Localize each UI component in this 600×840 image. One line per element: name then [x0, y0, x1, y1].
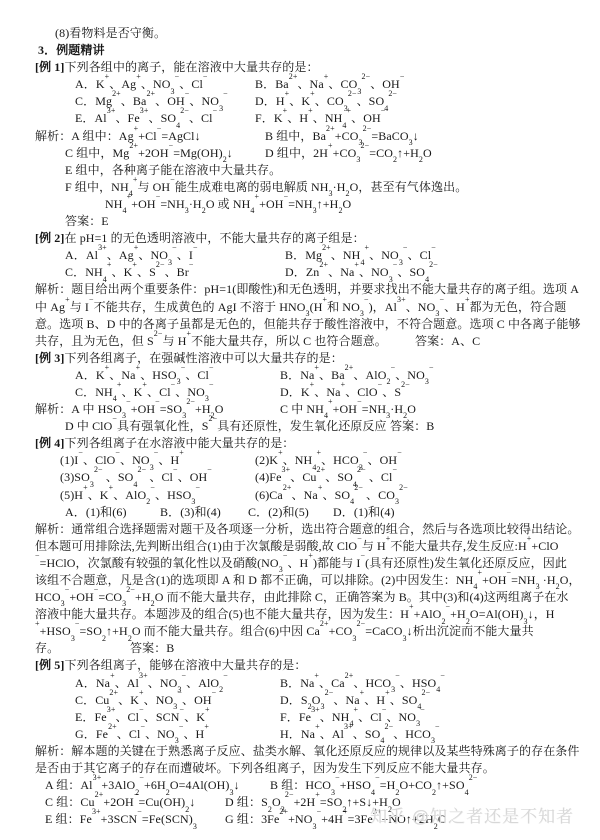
doc-line: [例 1]下列各组中的离子，能在溶液中大量共存的是：: [0, 59, 600, 76]
doc-line-part: 溶液中能大量共存。本题涉及的组合(5)也不能大量共存，因为发生：H++AlO2−…: [35, 606, 555, 623]
doc-line: [例 5]下列各组离子，能够在溶液中大量共存的是：: [0, 657, 600, 674]
doc-line: E 组中，各种离子能在溶液中大量共存。: [0, 162, 600, 179]
document-page: (8)看物料是否守衡。3．例题精讲[例 1]下列各组中的离子，能在溶液中大量共存…: [0, 0, 600, 840]
doc-line-part: NH4++OH−=NH3·H2O 或 NH4++OH−=NH3↑+H2O: [105, 196, 351, 213]
doc-line: E．Al3+、Fe3+、SO42−、Cl−F．K+、H+、NH4+、OH−: [0, 110, 600, 127]
doc-line-part: C．(2)和(5): [248, 504, 333, 521]
doc-line-part: ++HSO3−=SO2↑+H2O 而不能大量共存。组合(6)中因 Ca2++CO…: [35, 623, 534, 640]
doc-line: 共存，且为无色，但 S2−与 H+不能大量共存，所以 C 也符合题意。答案：A、…: [0, 333, 600, 350]
doc-line: ++HSO3−=SO2↑+H2O 而不能大量共存。组合(6)中因 Ca2++CO…: [0, 623, 600, 640]
doc-line-part: B 组：HCO3−+HSO4−=H2O+CO2↑+SO42−: [270, 777, 477, 794]
doc-line-part: B．Mg2+、NH4+、NO3−、Cl−: [285, 247, 436, 264]
doc-line: (3)SO32− 、SO42− 、Cl−、OH−(4)Fe3+、Cu2+、SO4…: [0, 469, 600, 486]
doc-line: A．Na+、Al3+、NO3−、AlO2−B．Na+、Ca2+、HCO3−、HS…: [0, 675, 600, 692]
doc-line-part: B．(3)和(4): [160, 504, 248, 521]
doc-line-part: C．Cu2+、K+、NO3−、OH−: [75, 692, 280, 709]
doc-line-part: 答案：E: [65, 213, 109, 230]
doc-line: 溶液中能大量共存。本题涉及的组合(5)也不能大量共存，因为发生：H++AlO2−…: [0, 606, 600, 623]
doc-line-part: H．Na+、Al3+、SO42−、HCO3−: [280, 726, 440, 743]
doc-line-part: D．(1)和(4): [333, 504, 395, 521]
doc-line: 3．例题精讲: [0, 42, 600, 59]
doc-line-part: (3)SO32− 、SO42− 、Cl−、OH−: [60, 469, 255, 486]
doc-line-part: E．Al3+、Fe3+、SO42−、Cl−: [75, 110, 255, 127]
doc-line: C．NH4+、K+、Cl−、NO3−D．K+、Na+、ClO−、S2−: [0, 384, 600, 401]
doc-line: HCO3−+OH−=CO32−+H2O 而不能大量共存，由此排除 C，正确答案为…: [0, 589, 600, 606]
doc-line-part: B．Na+、Ba2+、AlO2−、NO3−: [280, 367, 434, 384]
doc-line: [例 4]下列各组离子在水溶液中能大量共存的是：: [0, 435, 600, 452]
doc-line-part: G．Fe2+、Cl−、NO3−、H+: [75, 726, 280, 743]
doc-line: 答案：E: [0, 213, 600, 230]
doc-line: F 组中，NH4+与 OH−能生成难电离的弱电解质 NH3·H2O，甚至有气体逸…: [0, 179, 600, 196]
doc-line: A．Al3+、Ag+、NO3−、I−B．Mg2+、NH4+、NO3−、Cl−: [0, 247, 600, 264]
doc-line: (8)看物料是否守衡。: [0, 25, 600, 42]
doc-line-part: D．H+、K+、CO32−、SO42−: [255, 93, 397, 110]
doc-line-part: 中 Ag+与 I−不能共存，生成黄色的 AgI 不溶于 HNO3(H+和 NO3…: [35, 299, 566, 316]
doc-line-part: A．Al3+、Ag+、NO3−、I−: [65, 247, 285, 264]
doc-line-part: −=HClO，次氯酸有较强的氧化性以及硝酸(NO3−、H+)都能与 I−(具有还…: [35, 555, 567, 572]
doc-line-part: C．Mg2+、Ba2+、OH−、NO3−: [75, 93, 255, 110]
doc-line-part: 解析：A 组中：Ag++Cl−=AgCl↓: [35, 128, 265, 145]
doc-line-part: A 组：Al3++3AlO2−+6H2O=4Al(OH)3↓: [45, 777, 270, 794]
doc-line-part: 该组不合题意，凡是含(1)的选项即 A 和 D 都不正确，可以排除。(2)中因发…: [35, 572, 581, 589]
doc-line-part: D．K+、Na+、ClO−、S2−: [280, 384, 410, 401]
doc-line-part: B 组中，Ba2++CO32−=BaCO3↓: [265, 128, 419, 145]
watermark: 知乎 @知之者还是不知者: [370, 802, 574, 827]
doc-line-part: A．K+、Na+、HSO3−、Cl−: [75, 367, 280, 384]
document-body: (8)看物料是否守衡。3．例题精讲[例 1]下列各组中的离子，能在溶液中大量共存…: [0, 0, 600, 828]
doc-line: [例 2]在 pH=1 的无色透明溶液中，不能大量共存的离子组是：: [0, 230, 600, 247]
doc-line-part: C 中 NH4++OH−=NH3·H2O: [280, 401, 416, 418]
doc-line: C．Mg2+、Ba2+、OH−、NO3−D．H+、K+、CO32−、SO42−: [0, 93, 600, 110]
doc-line: A．(1)和(6)B．(3)和(4)C．(2)和(5)D．(1)和(4): [0, 504, 600, 521]
doc-line: 解析：通常组合选择题需对题干及各项逐一分析，选出符合题意的组合，然后与各选项比较…: [0, 521, 600, 538]
doc-line-part: 答案：A、C: [415, 333, 480, 350]
doc-line: [例 3]下列各组离子，在强碱性溶液中可以大量共存的是：: [0, 350, 600, 367]
doc-line: A 组：Al3++3AlO2−+6H2O=4Al(OH)3↓B 组：HCO3−+…: [0, 777, 600, 794]
doc-line-part: HCO3−+OH−=CO32−+H2O 而不能大量共存，由此排除 C，正确答案为…: [35, 589, 569, 606]
doc-line: G．Fe2+、Cl−、NO3−、H+H．Na+、Al3+、SO42−、HCO3−: [0, 726, 600, 743]
doc-line: 中 Ag+与 I−不能共存，生成黄色的 AgI 不溶于 HNO3(H+和 NO3…: [0, 299, 600, 316]
doc-line-part: D 中 ClO−具有强氧化性，S2−具有还原性，发生氧化还原反应: [65, 418, 390, 435]
doc-line: 是否由于其它离子的存在而遭破坏。下列各组离子，因为发生下列反应不能大量共存。: [0, 760, 600, 777]
doc-line: (1)I−、ClO−、NO3−、H+(2)K+、NH4+、HCO3−、OH−: [0, 452, 600, 469]
doc-line-part: (4)Fe3+、Cu2+、SO42− 、Cl−: [255, 469, 397, 486]
doc-line-part: (5)H+、K+、AlO2−、HSO3−: [60, 487, 255, 504]
doc-line-part: B．Ba2+、Na+、CO32−、OH−: [255, 76, 404, 93]
doc-line-part: C．NH4+、K+、S2−、Br−: [65, 264, 285, 281]
doc-line-part: 解析：解本题的关键在于熟悉离子反应、盐类水解、氧化还原反应的规律以及某些特殊离子…: [35, 743, 580, 760]
doc-line-part: [例 2]在 pH=1 的无色透明溶液中，不能大量共存的离子组是：: [35, 230, 365, 247]
doc-line: 解析：A 中 HSO3−+OH−=SO32−+H2OC 中 NH4++OH−=N…: [0, 401, 600, 418]
doc-line: 解析：A 组中：Ag++Cl−=AgCl↓B 组中，Ba2++CO32−=BaC…: [0, 128, 600, 145]
doc-line-part: (1)I−、ClO−、NO3−、H+: [60, 452, 255, 469]
doc-line-part: F 组中，NH4+与 OH−能生成难电离的弱电解质 NH3·H2O，甚至有气体逸…: [65, 179, 467, 196]
doc-line: C 组中，Mg2++2OH−=Mg(OH)2↓D 组中，2H++CO32−=CO…: [0, 145, 600, 162]
doc-line-part: C 组：Cu2++2OH−=Cu(OH)2↓: [45, 794, 225, 811]
doc-line-part: (2)K+、NH4+、HCO3−、OH−: [255, 452, 402, 469]
doc-line-part: A．K+、Ag+、NO3−、Cl−: [75, 76, 255, 93]
doc-line-part: A．(1)和(6): [65, 504, 160, 521]
doc-line-part: [例 3]下列各组离子，在强碱性溶液中可以大量共存的是：: [35, 350, 343, 367]
doc-line-part: (8)看物料是否守衡。: [55, 25, 166, 42]
doc-line: A．K+、Ag+、NO3−、Cl−B．Ba2+、Na+、CO32−、OH−: [0, 76, 600, 93]
doc-line-part: 解析：题目给出两个重要条件：pH=1(即酸性)和无色透明，并要求找出不能大量共存…: [35, 281, 579, 298]
doc-line: C．Cu2+、K+、NO3−、OH−D．S2O32−、Na+、H+、SO42−: [0, 692, 600, 709]
doc-line-part: 意。选项 B、D 中的各离子虽都是无色的，但能共存于酸性溶液中，不符合题意。选项…: [35, 316, 581, 333]
doc-line: 存。答案：B: [0, 640, 600, 657]
doc-line-part: 3．例题精讲: [38, 42, 105, 59]
doc-line-part: 解析：通常组合选择题需对题干及各项逐一分析，选出符合题意的组合，然后与各选项比较…: [35, 521, 580, 538]
doc-line-part: 是否由于其它离子的存在而遭破坏。下列各组离子，因为发生下列反应不能大量共存。: [35, 760, 495, 777]
doc-line-part: 答案：B: [130, 640, 174, 657]
doc-line: D 中 ClO−具有强氧化性，S2−具有还原性，发生氧化还原反应答案：B: [0, 418, 600, 435]
doc-line-part: 答案：B: [390, 418, 434, 435]
doc-line: 解析：解本题的关键在于熟悉离子反应、盐类水解、氧化还原反应的规律以及某些特殊离子…: [0, 743, 600, 760]
doc-line: NH4++OH−=NH3·H2O 或 NH4++OH−=NH3↑+H2O: [0, 196, 600, 213]
doc-line: 意。选项 B、D 中的各离子虽都是无色的，但能共存于酸性溶液中，不符合题意。选项…: [0, 316, 600, 333]
doc-line: (5)H+、K+、AlO2−、HSO3−(6)Ca2+、Na+、SO42− 、C…: [0, 487, 600, 504]
doc-line-part: C 组中，Mg2++2OH−=Mg(OH)2↓: [65, 145, 265, 162]
doc-line: 但本题可用排除法,先判断出组合(1)由于次氯酸是弱酸,故 ClO−与 H+不能大…: [0, 538, 600, 555]
doc-line: E．Fe3+、Cl−、SCN−、K+F．Fe3+、NH4+、Cl−、NO3−: [0, 709, 600, 726]
doc-line-part: 共存，且为无色，但 S2−与 H+不能大量共存，所以 C 也符合题意。: [35, 333, 415, 350]
doc-line-part: [例 5]下列各组离子，能够在溶液中大量共存的是：: [35, 657, 307, 674]
doc-line-part: [例 4]下列各组离子在水溶液中能大量共存的是：: [35, 435, 294, 452]
doc-line-part: D 组中，2H++CO32−=CO2↑+H2O: [265, 145, 432, 162]
doc-line: A．K+、Na+、HSO3−、Cl−B．Na+、Ba2+、AlO2−、NO3−: [0, 367, 600, 384]
doc-line-part: E 组：Fe3++3SCN−=Fe(SCN)3: [45, 811, 225, 828]
doc-line-part: 但本题可用排除法,先判断出组合(1)由于次氯酸是弱酸,故 ClO−与 H+不能大…: [35, 538, 559, 555]
doc-line-part: (6)Ca2+、Na+、SO42− 、CO32−: [255, 487, 408, 504]
doc-line-part: E．Fe3+、Cl−、SCN−、K+: [75, 709, 280, 726]
doc-line-part: C．NH4+、K+、Cl−、NO3−: [75, 384, 280, 401]
doc-line-part: 存。: [35, 640, 130, 657]
doc-line: 该组不合题意，凡是含(1)的选项即 A 和 D 都不正确，可以排除。(2)中因发…: [0, 572, 600, 589]
doc-line: C．NH4+、K+、S2−、Br−D．Zn2+、Na+、NO3−、SO42−: [0, 264, 600, 281]
doc-line-part: 解析：A 中 HSO3−+OH−=SO32−+H2O: [35, 401, 280, 418]
